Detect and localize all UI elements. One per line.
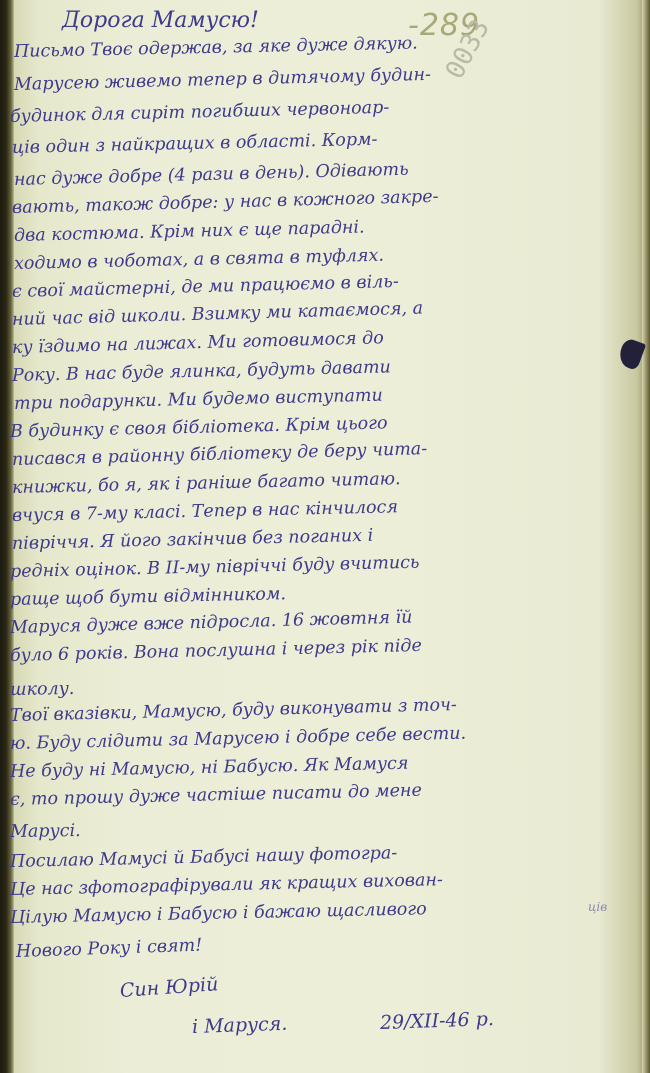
letter-line: ку їздимо на лижах. Ми готовимося до xyxy=(12,328,384,358)
letter-line: ходимо в чоботах, а в свята в туфлях. xyxy=(14,246,384,274)
letter-line: раще щоб бути відмінником. xyxy=(10,584,286,610)
letter-line: вають, також добре: у нас в кожного закр… xyxy=(12,187,439,218)
letter-line: Цілую Мамусю і Бабусю і бажаю щасливого xyxy=(10,899,427,928)
letter-line: є свої майстерні, де ми працюємо в віль- xyxy=(12,272,399,302)
letter-line: школу. xyxy=(10,679,75,700)
letter-line: писався в районну бібліотеку де беру чит… xyxy=(12,439,428,470)
letter-line: книжки, бо я, як і раніше багато читаю. xyxy=(12,469,401,498)
letter-line: ю. Буду слідити за Марусею і добре себе … xyxy=(10,724,467,754)
page-edge xyxy=(642,0,650,1073)
letter-line: Письмо Твоє одержав, за яке дуже дякую. xyxy=(14,34,418,62)
letter-line: нас дуже добре (4 рази в день). Одівають xyxy=(14,160,409,190)
letter-page: -289 0033 Дорога Мамусю! Письмо Твоє оде… xyxy=(0,0,650,1073)
letter-line: Нового Року і свят! xyxy=(16,936,203,962)
letter-line: будинок для сиріт погибших червоноар- xyxy=(10,98,390,127)
letter-line: два костюма. Крім них є ще парадні. xyxy=(14,217,365,246)
letter-line: Маруся дуже вже підросла. 16 жовтня їй xyxy=(10,607,413,638)
letter-line: Року. В нас буде ялинка, будуть давати xyxy=(12,357,391,386)
letter-line: три подарунки. Ми будемо виступати xyxy=(14,386,383,414)
letter-line: редніх оцінок. В II-му півріччі буду вчи… xyxy=(10,553,420,582)
letter-line: було 6 років. Вона послушна і через рік … xyxy=(10,636,422,666)
letter-line: Твої вказівки, Мамусю, буду виконувати з… xyxy=(10,695,457,726)
letter-line: Це нас зфотографірували як кращих вихова… xyxy=(10,870,443,900)
letter-line: півріччя. Я його закінчив без поганих і xyxy=(12,526,374,554)
letter-line: є, то прошу дуже частіше писати до мене xyxy=(10,781,422,810)
letter-line: Марусі. xyxy=(10,821,81,842)
letter-insertion: ців xyxy=(588,900,607,914)
letter-greeting: Дорога Мамусю! xyxy=(62,8,259,33)
letter-line: Не буду ні Мамусю, ні Бабусю. Як Мамуся xyxy=(10,754,409,782)
letter-line: вчуся в 7-му класі. Тепер в нас кінчилос… xyxy=(12,497,398,526)
letter-line: В будинку є своя бібліотека. Крім цього xyxy=(10,413,388,442)
letter-line: Посилаю Мамусі й Бабусі нашу фотогра- xyxy=(10,843,398,872)
letter-line: ців один з найкращих в області. Корм- xyxy=(12,130,378,158)
letter-line: Марусею живемо тепер в дитячому будин- xyxy=(14,65,431,95)
letter-line: ний час від школи. Взимку ми катаємося, … xyxy=(12,299,424,330)
